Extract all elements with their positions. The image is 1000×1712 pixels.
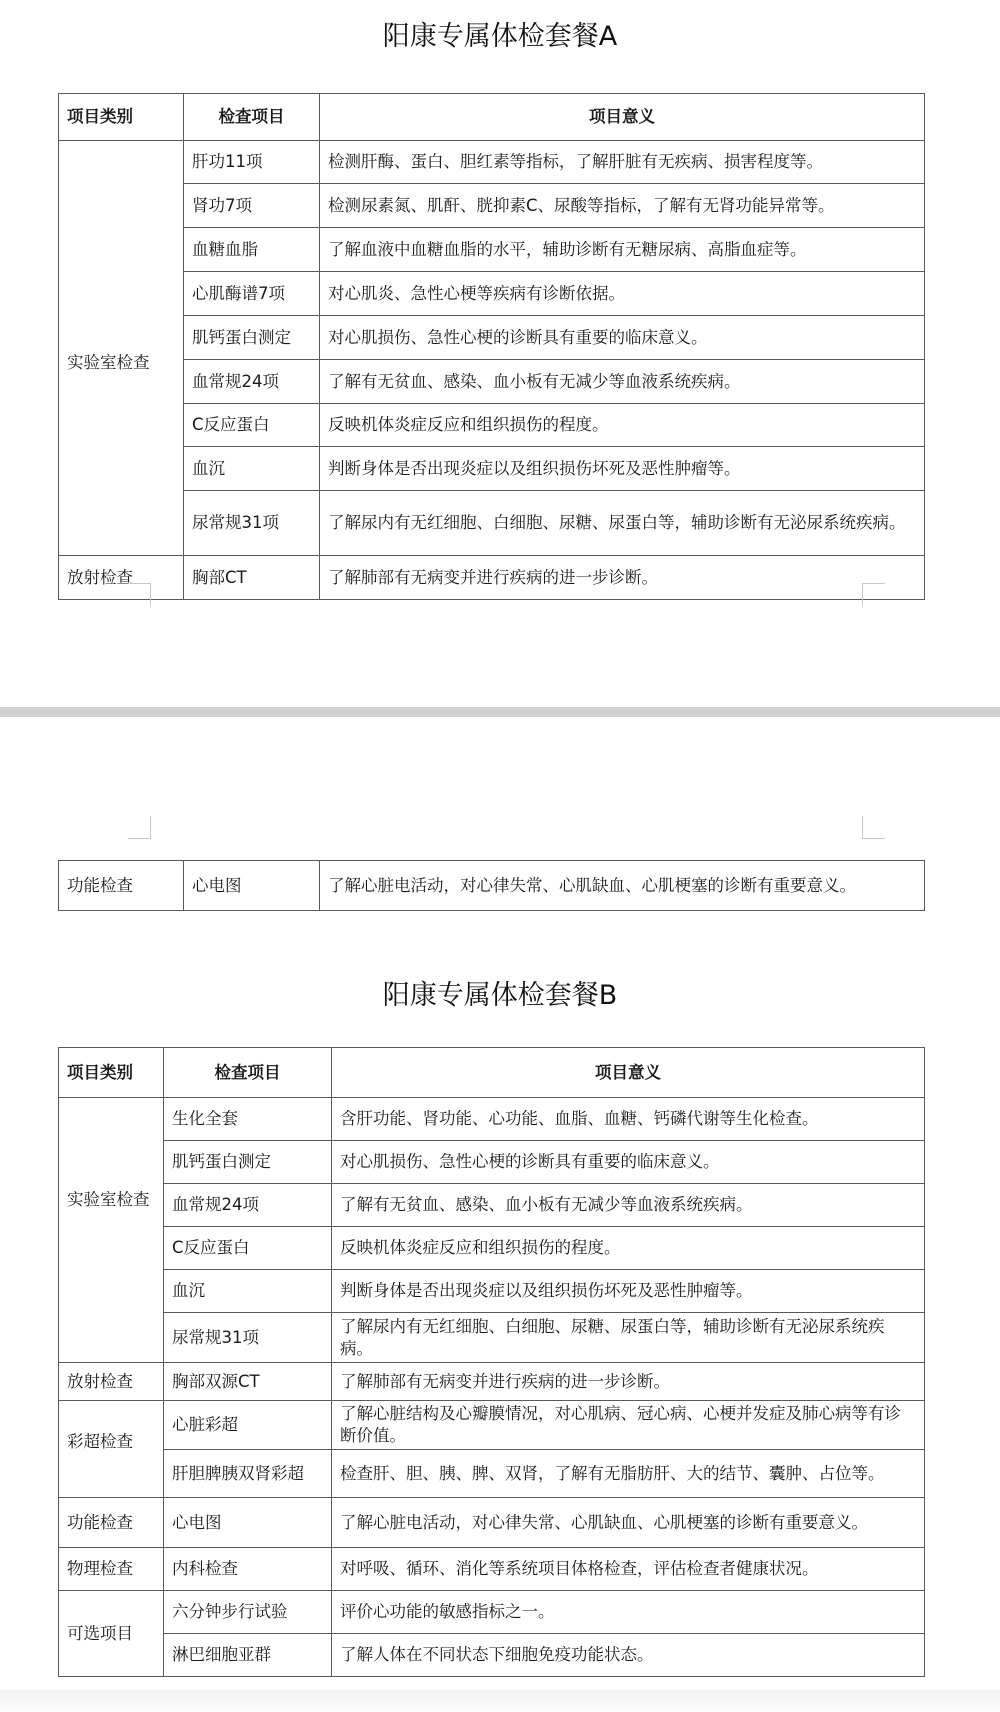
table-row: 肌钙蛋白测定 对心肌损伤、急性心梗的诊断具有重要的临床意义。: [59, 316, 925, 360]
table-row: 放射检查 胸部CT 了解肺部有无病变并进行疾病的进一步诊断。: [59, 556, 925, 600]
category-cell: 功能检查: [59, 861, 184, 911]
meaning-cell: 了解人体在不同状态下细胞免疫功能状态。: [332, 1634, 925, 1677]
item-cell: 肝胆脾胰双肾彩超: [164, 1450, 332, 1498]
item-cell: 血沉: [164, 1270, 332, 1313]
item-cell: 淋巴细胞亚群: [164, 1634, 332, 1677]
page-corner-mark: [128, 816, 151, 839]
item-cell: 生化全套: [164, 1098, 332, 1141]
table-row: 尿常规31项 了解尿内有无红细胞、白细胞、尿糖、尿蛋白等，辅助诊断有无泌尿系统疾…: [59, 1313, 925, 1363]
header-category: 项目类别: [59, 94, 184, 141]
package-a-title: 阳康专属体检套餐A: [0, 14, 1000, 53]
meaning-cell: 了解尿内有无红细胞、白细胞、尿糖、尿蛋白等，辅助诊断有无泌尿系统疾病。: [332, 1313, 925, 1363]
item-cell: 尿常规31项: [184, 491, 320, 556]
meaning-cell: 判断身体是否出现炎症以及组织损伤坏死及恶性肿瘤等。: [332, 1270, 925, 1313]
category-cell: 放射检查: [59, 556, 184, 600]
header-meaning: 项目意义: [332, 1048, 925, 1098]
meaning-cell: 对心肌损伤、急性心梗的诊断具有重要的临床意义。: [332, 1141, 925, 1184]
table-row: 肝胆脾胰双肾彩超 检查肝、胆、胰、脾、双肾，了解有无脂肪肝、大的结节、囊肿、占位…: [59, 1450, 925, 1498]
item-cell: 心电图: [164, 1498, 332, 1548]
table-row: 放射检查 胸部双源CT 了解肺部有无病变并进行疾病的进一步诊断。: [59, 1363, 925, 1401]
item-cell: 血常规24项: [164, 1184, 332, 1227]
package-a-continuation-table: 功能检查 心电图 了解心脏电活动，对心律失常、心肌缺血、心肌梗塞的诊断有重要意义…: [58, 860, 925, 911]
item-cell: 肝功11项: [184, 141, 320, 184]
item-cell: 胸部双源CT: [164, 1363, 332, 1401]
item-cell: 肌钙蛋白测定: [184, 316, 320, 360]
meaning-cell: 反映机体炎症反应和组织损伤的程度。: [332, 1227, 925, 1270]
table-row: 血沉 判断身体是否出现炎症以及组织损伤坏死及恶性肿瘤等。: [59, 447, 925, 491]
category-cell: 实验室检查: [59, 141, 184, 556]
meaning-cell: 对呼吸、循环、消化等系统项目体格检查，评估检查者健康状况。: [332, 1548, 925, 1591]
table-row: 功能检查 心电图 了解心脏电活动，对心律失常、心肌缺血、心肌梗塞的诊断有重要意义…: [59, 861, 925, 911]
meaning-cell: 了解心脏结构及心瓣膜情况，对心肌病、冠心病、心梗并发症及肺心病等有诊断价值。: [332, 1401, 925, 1450]
category-cell: 彩超检查: [59, 1401, 164, 1498]
header-meaning: 项目意义: [320, 94, 925, 141]
table-row: 血沉 判断身体是否出现炎症以及组织损伤坏死及恶性肿瘤等。: [59, 1270, 925, 1313]
meaning-cell: 对心肌炎、急性心梗等疾病有诊断依据。: [320, 272, 925, 316]
meaning-cell: 检测肝酶、蛋白、胆红素等指标，了解肝脏有无疾病、损害程度等。: [320, 141, 925, 184]
page-corner-mark: [862, 816, 885, 839]
item-cell: 心电图: [184, 861, 320, 911]
item-cell: 心肌酶谱7项: [184, 272, 320, 316]
table-row: 彩超检查 心脏彩超 了解心脏结构及心瓣膜情况，对心肌病、冠心病、心梗并发症及肺心…: [59, 1401, 925, 1450]
table-row: 功能检查 心电图 了解心脏电活动，对心律失常、心肌缺血、心肌梗塞的诊断有重要意义…: [59, 1498, 925, 1548]
meaning-cell: 检查肝、胆、胰、脾、双肾，了解有无脂肪肝、大的结节、囊肿、占位等。: [332, 1450, 925, 1498]
meaning-cell: 了解肺部有无病变并进行疾病的进一步诊断。: [320, 556, 925, 600]
header-item: 检查项目: [184, 94, 320, 141]
meaning-cell: 了解肺部有无病变并进行疾病的进一步诊断。: [332, 1363, 925, 1401]
category-cell: 功能检查: [59, 1498, 164, 1548]
item-cell: 内科检查: [164, 1548, 332, 1591]
header-item: 检查项目: [164, 1048, 332, 1098]
category-cell: 放射检查: [59, 1363, 164, 1401]
table-row: 实验室检查 生化全套 含肝功能、肾功能、心功能、血脂、血糖、钙磷代谢等生化检查。: [59, 1098, 925, 1141]
item-cell: 胸部CT: [184, 556, 320, 600]
table-row: C反应蛋白 反映机体炎症反应和组织损伤的程度。: [59, 1227, 925, 1270]
page-corner-mark: [128, 583, 151, 606]
table-row: 可选项目 六分钟步行试验 评价心功能的敏感指标之一。: [59, 1591, 925, 1634]
table-row: 血糖血脂 了解血液中血糖血脂的水平，辅助诊断有无糖尿病、高脂血症等。: [59, 228, 925, 272]
bottom-edge-shadow: [0, 1690, 1000, 1712]
table-row: 尿常规31项 了解尿内有无红细胞、白细胞、尿糖、尿蛋白等，辅助诊断有无泌尿系统疾…: [59, 491, 925, 556]
meaning-cell: 评价心功能的敏感指标之一。: [332, 1591, 925, 1634]
header-category: 项目类别: [59, 1048, 164, 1098]
page-corner-mark: [862, 583, 885, 606]
item-cell: 心脏彩超: [164, 1401, 332, 1450]
meaning-cell: 了解心脏电活动，对心律失常、心肌缺血、心肌梗塞的诊断有重要意义。: [320, 861, 925, 911]
category-cell: 实验室检查: [59, 1098, 164, 1363]
package-b-title: 阳康专属体检套餐B: [0, 973, 1000, 1012]
item-cell: 血沉: [184, 447, 320, 491]
item-cell: 肾功7项: [184, 184, 320, 228]
meaning-cell: 判断身体是否出现炎症以及组织损伤坏死及恶性肿瘤等。: [320, 447, 925, 491]
page-break-separator: [0, 707, 1000, 717]
category-cell: 物理检查: [59, 1548, 164, 1591]
table-row: 肌钙蛋白测定 对心肌损伤、急性心梗的诊断具有重要的临床意义。: [59, 1141, 925, 1184]
table-row: 肾功7项 检测尿素氮、肌酐、胱抑素C、尿酸等指标，了解有无肾功能异常等。: [59, 184, 925, 228]
table-header-row: 项目类别 检查项目 项目意义: [59, 1048, 925, 1098]
table-row: 血常规24项 了解有无贫血、感染、血小板有无减少等血液系统疾病。: [59, 360, 925, 404]
table-row: 血常规24项 了解有无贫血、感染、血小板有无减少等血液系统疾病。: [59, 1184, 925, 1227]
item-cell: 尿常规31项: [164, 1313, 332, 1363]
meaning-cell: 对心肌损伤、急性心梗的诊断具有重要的临床意义。: [320, 316, 925, 360]
item-cell: C反应蛋白: [164, 1227, 332, 1270]
item-cell: 六分钟步行试验: [164, 1591, 332, 1634]
table-row: 实验室检查 肝功11项 检测肝酶、蛋白、胆红素等指标，了解肝脏有无疾病、损害程度…: [59, 141, 925, 184]
package-b-table: 项目类别 检查项目 项目意义 实验室检查 生化全套 含肝功能、肾功能、心功能、血…: [58, 1047, 925, 1677]
item-cell: 肌钙蛋白测定: [164, 1141, 332, 1184]
table-row: 心肌酶谱7项 对心肌炎、急性心梗等疾病有诊断依据。: [59, 272, 925, 316]
meaning-cell: 了解尿内有无红细胞、白细胞、尿糖、尿蛋白等，辅助诊断有无泌尿系统疾病。: [320, 491, 925, 556]
table-row: C反应蛋白 反映机体炎症反应和组织损伤的程度。: [59, 404, 925, 447]
meaning-cell: 含肝功能、肾功能、心功能、血脂、血糖、钙磷代谢等生化检查。: [332, 1098, 925, 1141]
table-row: 淋巴细胞亚群 了解人体在不同状态下细胞免疫功能状态。: [59, 1634, 925, 1677]
meaning-cell: 检测尿素氮、肌酐、胱抑素C、尿酸等指标，了解有无肾功能异常等。: [320, 184, 925, 228]
meaning-cell: 反映机体炎症反应和组织损伤的程度。: [320, 404, 925, 447]
table-header-row: 项目类别 检查项目 项目意义: [59, 94, 925, 141]
item-cell: C反应蛋白: [184, 404, 320, 447]
meaning-cell: 了解心脏电活动，对心律失常、心肌缺血、心肌梗塞的诊断有重要意义。: [332, 1498, 925, 1548]
meaning-cell: 了解有无贫血、感染、血小板有无减少等血液系统疾病。: [332, 1184, 925, 1227]
package-a-table: 项目类别 检查项目 项目意义 实验室检查 肝功11项 检测肝酶、蛋白、胆红素等指…: [58, 93, 925, 600]
meaning-cell: 了解血液中血糖血脂的水平，辅助诊断有无糖尿病、高脂血症等。: [320, 228, 925, 272]
category-cell: 可选项目: [59, 1591, 164, 1677]
table-row: 物理检查 内科检查 对呼吸、循环、消化等系统项目体格检查，评估检查者健康状况。: [59, 1548, 925, 1591]
item-cell: 血糖血脂: [184, 228, 320, 272]
meaning-cell: 了解有无贫血、感染、血小板有无减少等血液系统疾病。: [320, 360, 925, 404]
item-cell: 血常规24项: [184, 360, 320, 404]
